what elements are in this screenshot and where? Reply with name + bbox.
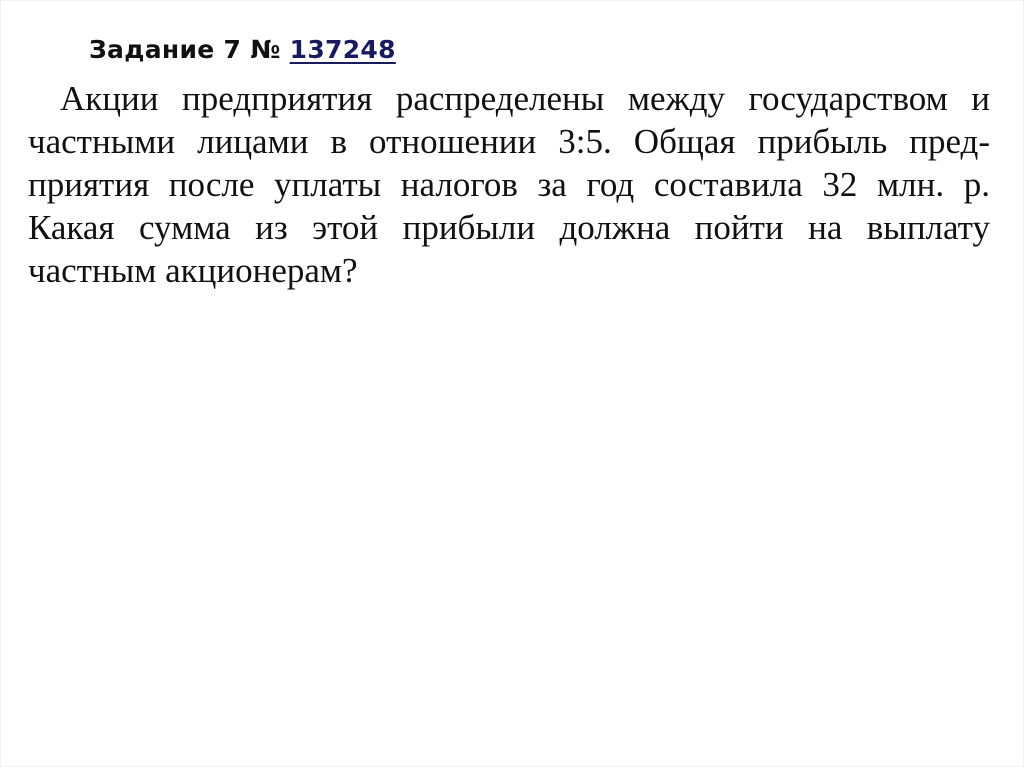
problem-line: Какая сумма из этой прибыли должна пойти… [28,206,990,249]
problem-line: частными лицами в отношении 3:5. Общая п… [28,120,990,163]
task-label: Задание 7 № [89,35,281,64]
problem-line: приятия после уплаты налогов за год сост… [28,163,990,206]
problem-line: Акции предприятия распределены между гос… [28,77,990,120]
task-header: Задание 7 № 137248 [89,35,396,64]
problem-line: частным акционерам? [28,249,990,292]
problem-text: Акции предприятия распределены между гос… [28,77,990,292]
slide: Задание 7 № 137248 Акции предприятия рас… [0,0,1024,767]
task-number-link[interactable]: 137248 [290,35,396,64]
